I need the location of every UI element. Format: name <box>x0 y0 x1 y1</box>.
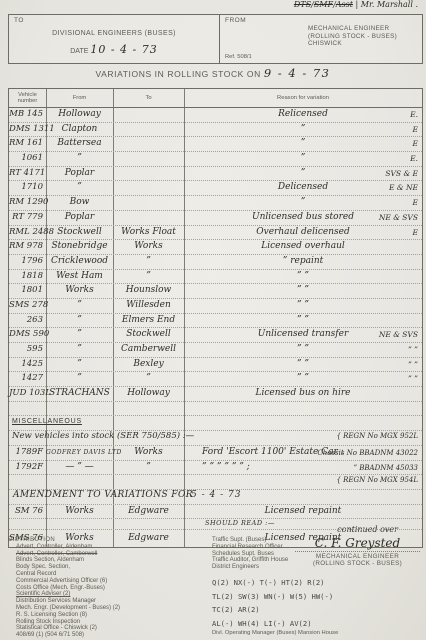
garage-code-line: AL(-) WH(4) LI(-) AV(2) <box>212 617 333 631</box>
to-cell: ” <box>113 255 184 269</box>
to-cell: Elmers End <box>113 314 184 328</box>
reason-text: ” <box>301 153 306 163</box>
table-row: RM 1290 Bow ” E <box>9 196 422 211</box>
vehicle-number-cell: SM 76 <box>9 505 46 519</box>
garage-code-line: TC(2) AR(2) <box>212 603 333 617</box>
reason-cell: Overhaul delicensed E <box>184 226 422 240</box>
header-from: From <box>46 89 113 107</box>
reason-cell: ” ” ” ” <box>184 358 422 372</box>
from-cell: West Ham <box>46 270 113 284</box>
reason-text: Licensed bus on hire <box>255 388 350 398</box>
from-cell: — ” — <box>46 461 113 475</box>
to-cell <box>113 167 184 181</box>
reason-cell: ” repaint <box>184 255 422 269</box>
to-cell: Willesden <box>113 299 184 313</box>
table-row: 1801 Works Hounslow ” ” <box>9 284 422 299</box>
from-line: MECHANICAL ENGINEER <box>308 25 397 33</box>
reason-text: ” ” <box>297 373 309 383</box>
from-cell: STRACHANS <box>46 387 113 401</box>
reason-cell: Ford 'Escort 1100' Estate Car : Chassis … <box>184 446 422 460</box>
reason-cell: Unlicensed transfer NE & SVS <box>184 328 422 342</box>
reason-cell: ” E <box>184 123 422 137</box>
table-row: JUD 103L STRACHANS Holloway Licensed bus… <box>9 387 422 402</box>
vehicle-number-cell: 1427 <box>9 372 46 386</box>
distribution-item-text: Commercial Advertising Officer (6) <box>16 578 107 584</box>
reason-cell: Unlicensed bus stored NE & SVS <box>184 211 422 225</box>
table-row: 263 ” Elmers End ” ” <box>9 314 422 329</box>
variation-code: ” ” <box>408 343 418 356</box>
reason-cell: ” SVS & E <box>184 167 422 181</box>
from-cell: ” <box>46 343 113 357</box>
chassis-note: ” BBADNM 45033 <box>353 462 418 475</box>
reason-text: ” <box>301 138 306 148</box>
to-cell <box>113 123 184 137</box>
variation-code: E. <box>410 108 418 121</box>
table-row: RML 2488 Stockwell Works Float Overhaul … <box>9 226 422 241</box>
reason-cell: ” ” <box>184 270 422 284</box>
vehicle-number-cell: 1061 <box>9 152 46 166</box>
from-section: FROM MECHANICAL ENGINEER (ROLLING STOCK … <box>220 15 422 63</box>
from-cell: ” <box>46 328 113 342</box>
reason-text: Delicensed <box>278 182 328 192</box>
from-cell: Holloway <box>46 108 113 122</box>
vehicle-number-cell: RML 2488 <box>9 226 46 240</box>
reason-text: ” <box>301 197 306 207</box>
variation-code: NE & SVS <box>379 211 418 224</box>
to-cell <box>113 152 184 166</box>
should-read-label: SHOULD READ :— <box>205 519 275 527</box>
distribution-footer: Divl. Operating Manager (Buses) Mansion … <box>212 630 338 636</box>
table-row: 1061 ” ” E. <box>9 152 422 167</box>
from-cell: Poplar <box>46 167 113 181</box>
reason-cell: Licensed overhaul <box>184 240 422 254</box>
blank-ruled-row <box>9 402 422 417</box>
distribution-item: Distribution Services Manager <box>8 598 208 605</box>
to-value: DIVISIONAL ENGINEERS (BUSES) <box>9 30 219 37</box>
distribution-item-text: Distribution Services Manager <box>16 598 96 604</box>
from-cell: Poplar <box>46 211 113 225</box>
misc-row-1789F: 1789F GODFREY DAVIS LTD Works Ford 'Esco… <box>9 446 422 461</box>
distribution-item-text: Rolling Stock Inspection <box>16 619 80 625</box>
reason-cell: Relicensed E. <box>184 108 422 122</box>
from-cell: ” <box>46 181 113 195</box>
reason-text: Unlicensed transfer <box>258 329 349 339</box>
reason-cell: Delicensed E & NE <box>184 181 422 195</box>
garage-code-line: TL(2) SW(3) WN(-) W(5) HW(-) <box>212 590 333 604</box>
to-cell: Works <box>113 240 184 254</box>
table-row: SMS 278 ” Willesden ” ” <box>9 299 422 314</box>
variation-code: E & NE <box>389 181 418 194</box>
should-read-row: SHOULD READ :— <box>9 519 422 530</box>
table-row: RM 978 Stonebridge Works Licensed overha… <box>9 240 422 255</box>
distribution-item: Advert, Controller, Camberwell <box>8 551 208 558</box>
vehicle-number-cell: 595 <box>9 343 46 357</box>
header-to: To <box>113 89 184 107</box>
distribution-item: Rolling Stock Inspection <box>8 619 208 626</box>
garage-code-line: Q(2) NX(-) T(-) HT(2) R(2) <box>212 576 333 590</box>
from-line: (ROLLING STOCK - BUSES) <box>308 33 397 41</box>
to-cell: Edgware <box>113 530 184 547</box>
amendment-heading: AMENDMENT TO VARIATIONS FOR <box>13 490 193 500</box>
variation-code: E <box>413 226 418 239</box>
handwritten-routing-note: DTS/SMF/Asst | Mr. Marshall . <box>294 0 418 9</box>
from-line: CHISWICK <box>308 40 397 48</box>
from-cell: ” <box>46 299 113 313</box>
table-header-row: Vehicle number From To Reason for variat… <box>9 89 422 108</box>
vehicle-number-cell: DMS 590 <box>9 328 46 342</box>
from-cell: ” <box>46 358 113 372</box>
reason-cell: ” ” <box>184 299 422 313</box>
vehicle-number-cell: SMS 278 <box>9 299 46 313</box>
amendment-row-original: SM 76 Works Edgware Licensed repaint <box>9 505 422 520</box>
variation-code: NE & SVS <box>379 328 418 341</box>
reason-cell: ” ” ” ” <box>184 372 422 386</box>
to-cell <box>113 196 184 210</box>
reason-text: ” <box>301 168 306 178</box>
vehicle-number-cell: 1801 <box>9 284 46 298</box>
title-prefix: VARIATIONS IN ROLLING STOCK ON <box>96 69 261 79</box>
vehicle-number-cell: 1789F <box>9 446 46 460</box>
reason-text: ” ” <box>297 271 309 281</box>
from-cell: Works <box>46 530 113 547</box>
reason-text: ” repaint <box>283 256 324 266</box>
distribution-item-text: Body Spec. Section, <box>16 564 70 570</box>
struck-initials: Asst <box>336 0 353 9</box>
registration-note-top: { REGN No MGX 952L <box>336 432 418 440</box>
from-address: MECHANICAL ENGINEER (ROLLING STOCK - BUS… <box>308 25 397 48</box>
vehicle-number-cell: JUD 103L <box>9 387 46 401</box>
new-vehicles-intro-row: New vehicles into stock (SER 750/585) :—… <box>9 431 422 446</box>
ditto-marks: ” ” ” ” ” ” ; <box>202 462 250 472</box>
date-line: DATE 10 - 4 - 73 <box>9 43 219 56</box>
vehicle-number-cell: 1792F <box>9 461 46 475</box>
table-row: DMS 590 ” Stockwell Unlicensed transfer … <box>9 328 422 343</box>
from-label: FROM <box>225 17 246 24</box>
reason-text: ” <box>301 124 306 134</box>
table-row: 595 ” Camberwell ” ” ” ” <box>9 343 422 358</box>
distribution-item: Commercial Advertising Officer (6) <box>8 578 208 585</box>
reason-cell: ” ” ” ” <box>184 343 422 357</box>
distribution-item: Body Spec. Section, <box>8 564 208 571</box>
from-cell: Cricklewood <box>46 255 113 269</box>
vehicle-number-cell: MB 145 <box>9 108 46 122</box>
reason-cell: ” ” ” ” ” ” ; ” BBADNM 45033 <box>184 461 422 475</box>
misc-row-1792F: 1792F — ” — ” ” ” ” ” ” ” ; ” BBADNM 450… <box>9 461 422 476</box>
reason-text: ” ” <box>297 285 309 295</box>
title-date-handwritten: 9 - 4 - 73 <box>264 66 331 80</box>
to-cell <box>113 181 184 195</box>
amendment-date: 5 - 4 - 73 <box>191 490 241 500</box>
variation-code: ” ” <box>408 372 418 385</box>
table-row: 1425 ” Bexley ” ” ” ” <box>9 358 422 373</box>
distribution-item: Costs Office (Mech. Engr.-Buses) <box>8 585 208 592</box>
reason-text: ” ” <box>297 315 309 325</box>
vehicle-number-cell: 1818 <box>9 270 46 284</box>
distribution-item-text: Costs Office (Mech. Engr.-Buses) <box>16 585 105 591</box>
distribution-item: Central Record <box>8 571 208 578</box>
miscellaneous-heading-row: MISCELLANEOUS <box>9 416 422 431</box>
signatory-department: (ROLLING STOCK - BUSES) <box>295 560 420 567</box>
chassis-note: Chassis No BBADNM 43022 <box>317 447 418 460</box>
to-cell <box>113 108 184 122</box>
to-cell: ” <box>113 372 184 386</box>
vehicle-number-cell: 1425 <box>9 358 46 372</box>
to-cell: Works <box>113 446 184 460</box>
to-cell: Works Float <box>113 226 184 240</box>
table-row: 1796 Cricklewood ” ” repaint <box>9 255 422 270</box>
distribution-item: 408/69 (1) (504 6/71 508) <box>8 632 208 639</box>
distribution-item-text: 408/69 (1) (504 6/71 508) <box>16 632 84 638</box>
variation-code: E. <box>410 152 418 165</box>
to-cell <box>113 137 184 151</box>
address-header-box: TO DIVISIONAL ENGINEERS (BUSES) DATE 10 … <box>8 14 423 64</box>
from-cell: Stonebridge <box>46 240 113 254</box>
to-cell: Edgware <box>113 505 184 519</box>
reference-number: Ref. 508/1 <box>225 54 252 60</box>
table-body: MB 145 Holloway Relicensed E. DMS 1311 C… <box>9 108 422 402</box>
reason-cell: ” E <box>184 137 422 151</box>
to-cell: ” <box>113 270 184 284</box>
reason-cell: ” E. <box>184 152 422 166</box>
vehicle-number-cell: 1796 <box>9 255 46 269</box>
distribution-item-text: Advert, Controller, Camberwell <box>16 551 97 557</box>
from-cell: Battersea <box>46 137 113 151</box>
table-row: 1427 ” ” ” ” ” ” <box>9 372 422 387</box>
vehicle-number-cell: 263 <box>9 314 46 328</box>
from-cell: Clapton <box>46 123 113 137</box>
to-cell: Hounslow <box>113 284 184 298</box>
from-cell: GODFREY DAVIS LTD <box>46 446 113 460</box>
vehicle-number-cell: 1710 <box>9 181 46 195</box>
page-title: VARIATIONS IN ROLLING STOCK ON 9 - 4 - 7… <box>0 66 426 80</box>
header-reason: Reason for variation <box>184 89 422 107</box>
vehicle-number-cell: RT 4171 <box>9 167 46 181</box>
distribution-item: Mech. Engr. (Development - Buses) (2) <box>8 605 208 612</box>
table-row: RT 779 Poplar Unlicensed bus stored NE &… <box>9 211 422 226</box>
reason-text: ” ” <box>297 344 309 354</box>
reason-text: Overhaul delicensed <box>256 227 350 237</box>
to-cell: Bexley <box>113 358 184 372</box>
reason-cell: Licensed repaint <box>184 505 422 519</box>
reason-cell: ” ” <box>184 284 422 298</box>
to-section: TO DIVISIONAL ENGINEERS (BUSES) DATE 10 … <box>9 15 220 63</box>
variation-code: E <box>413 137 418 150</box>
registration-note-row: { REGN No MGX 954L <box>9 475 422 490</box>
variation-code: ” ” <box>408 358 418 371</box>
distribution-item: Scientific Adviser (2) <box>8 591 208 598</box>
to-cell <box>113 211 184 225</box>
vehicle-number-cell: RT 779 <box>9 211 46 225</box>
reason-text: Relicensed <box>278 109 328 119</box>
from-cell: Works <box>46 505 113 519</box>
amendment-row-corrected: SMS 76 Works Edgware Licensed repaint <box>9 530 422 547</box>
distribution-left-items: Advert, Controller, Aldenham Advert, Con… <box>8 544 208 639</box>
garage-code-lines: Q(2) NX(-) T(-) HT(2) R(2) TL(2) SW(3) W… <box>212 576 333 630</box>
from-cell: ” <box>46 372 113 386</box>
header-vehicle-number: Vehicle number <box>9 89 46 107</box>
vehicle-number-cell: SMS 76 <box>9 530 46 547</box>
date-label: DATE <box>70 48 88 55</box>
from-cell: ” <box>46 314 113 328</box>
to-cell: Holloway <box>113 387 184 401</box>
table-row: RT 4171 Poplar ” SVS & E <box>9 167 422 182</box>
table-row: RM 161 Battersea ” E <box>9 137 422 152</box>
distribution-item-text: Blinds Section, Aldenham <box>16 557 84 563</box>
routing-note-text: | Mr. Marshall . <box>356 0 418 9</box>
to-label: TO <box>14 17 24 24</box>
distribution-item: Blinds Section, Aldenham <box>8 557 208 564</box>
from-cell: Bow <box>46 196 113 210</box>
distribution-item-text: Central Record <box>16 571 56 577</box>
vehicle-number-cell: DMS 1311 <box>9 123 46 137</box>
from-cell: ” <box>46 152 113 166</box>
amendment-heading-row: AMENDMENT TO VARIATIONS FOR 5 - 4 - 73 <box>9 490 422 505</box>
variation-code: E <box>413 123 418 136</box>
miscellaneous-heading: MISCELLANEOUS <box>12 418 82 425</box>
from-cell: Works <box>46 284 113 298</box>
reason-text: Licensed repaint <box>265 533 342 543</box>
table-row: 1818 West Ham ” ” ” <box>9 270 422 285</box>
table-row: DMS 1311 Clapton ” E <box>9 123 422 138</box>
reason-text: ” ” <box>297 359 309 369</box>
variation-code: SVS & E <box>385 167 418 180</box>
vehicle-number-cell: RM 1290 <box>9 196 46 210</box>
variations-table: Vehicle number From To Reason for variat… <box>8 88 423 548</box>
struck-initials: SMF <box>314 0 333 9</box>
reason-cell: ” ” <box>184 314 422 328</box>
table-row: MB 145 Holloway Relicensed E. <box>9 108 422 123</box>
distribution-item-text: R. S. Licensing Section (8) <box>16 612 87 618</box>
distribution-item-text: Mech. Engr. (Development - Buses) (2) <box>16 605 120 611</box>
reason-text: ” ” <box>297 300 309 310</box>
garage-code-counts: Q(2) NX(-) T(-) HT(2) R(2) TL(2) SW(3) W… <box>212 576 333 630</box>
registration-note-bottom: { REGN No MGX 954L <box>336 476 418 484</box>
distribution-list: DISTRIBUTION Advert, Controller, Aldenha… <box>8 537 208 639</box>
distribution-item: R. S. Licensing Section (8) <box>8 612 208 619</box>
date-value-handwritten: 10 - 4 - 73 <box>90 43 157 56</box>
signatory-title: MECHANICAL ENGINEER <box>295 553 420 560</box>
distribution-item-text: Scientific Adviser (2) <box>16 591 70 597</box>
reason-cell: ” E <box>184 196 422 210</box>
struck-initials: DTS <box>294 0 311 9</box>
from-cell: Stockwell <box>46 226 113 240</box>
reason-cell: Licensed repaint <box>184 530 422 547</box>
vehicle-number-cell: RM 161 <box>9 137 46 151</box>
distribution-item: Statistical Office - Chiswick (2) <box>8 625 208 632</box>
variation-code: E <box>413 196 418 209</box>
table-row: 1710 ” Delicensed E & NE <box>9 181 422 196</box>
reason-text: Unlicensed bus stored <box>252 212 354 222</box>
reason-text: Licensed overhaul <box>261 241 345 251</box>
reason-cell: Licensed bus on hire <box>184 387 422 401</box>
to-cell: Stockwell <box>113 328 184 342</box>
reason-text: Licensed repaint <box>265 506 342 516</box>
distribution-item-text: Statistical Office - Chiswick (2) <box>16 625 97 631</box>
to-cell: Camberwell <box>113 343 184 357</box>
vehicle-number-cell: RM 978 <box>9 240 46 254</box>
new-vehicles-intro: New vehicles into stock (SER 750/585) :— <box>12 431 194 441</box>
to-cell: ” <box>113 461 184 475</box>
